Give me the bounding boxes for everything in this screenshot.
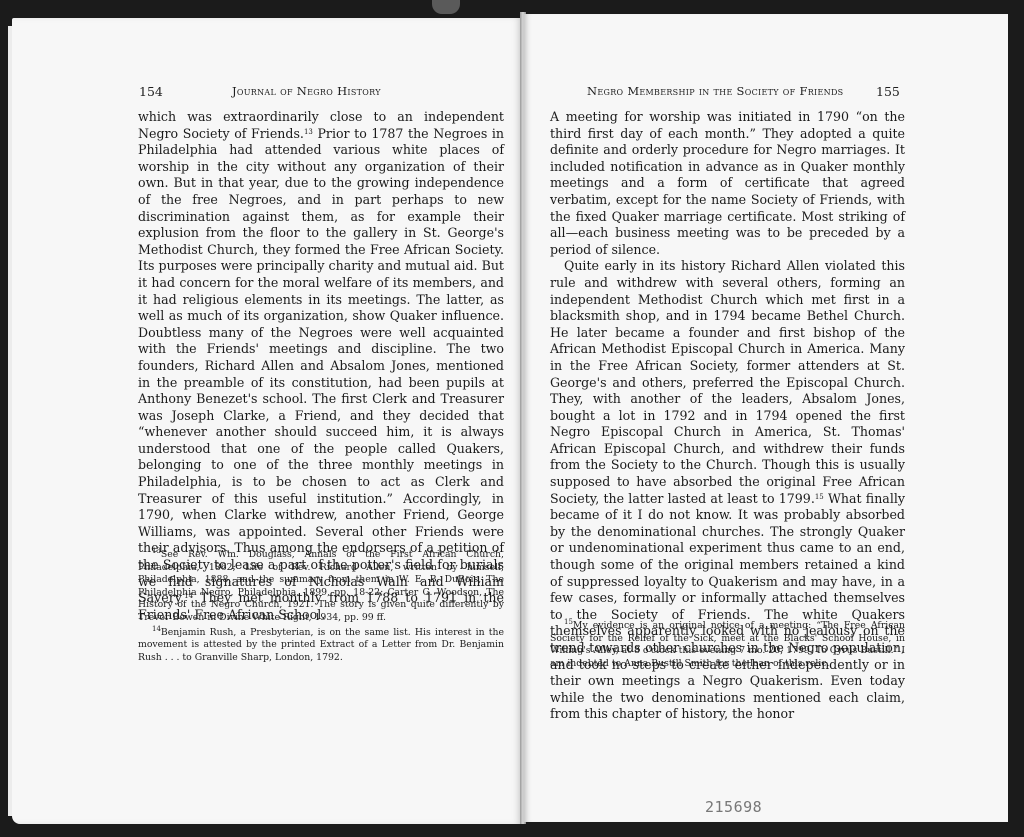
left-page-number: 154 — [139, 84, 163, 99]
footnote-ref-13[interactable]: 13 — [304, 128, 313, 136]
footnote-14: 14Benjamin Rush, a Presbyterian, is on t… — [138, 627, 504, 665]
right-page-number: 155 — [876, 84, 900, 99]
paragraph-text: Quite early in its history Richard Allen… — [550, 258, 905, 505]
footnote-13: 13See Rev. Wm. Douglass, Annals of the F… — [138, 549, 504, 625]
left-body-text: which was extraordinarily close to an in… — [138, 109, 504, 623]
footnote-ref-15[interactable]: 15 — [815, 493, 824, 501]
left-running-head: Journal of Negro History — [232, 84, 381, 98]
footnote-text: My evidence is an original notice of a m… — [550, 620, 905, 669]
right-paragraph-1: A meeting for worship was initiated in 1… — [550, 109, 905, 258]
footnote-number: 14 — [152, 625, 161, 633]
footnote-number: 13 — [152, 547, 161, 555]
archive-stamp-number: 215698 — [705, 798, 762, 816]
paragraph-text: What finally became of it I do not know.… — [550, 491, 905, 722]
paragraph-text: A meeting for worship was initiated in 1… — [550, 109, 905, 257]
footnote-text: See Rev. Wm. Douglass, Annals of the Fir… — [138, 549, 504, 623]
left-paragraph-1: which was extraordinarily close to an in… — [138, 109, 504, 623]
footnote-text: Benjamin Rush, a Presbyterian, is on the… — [138, 627, 504, 663]
scanner-clip-mark — [432, 0, 460, 14]
footnote-number: 15 — [564, 618, 573, 626]
paragraph-text: Prior to 1787 the Negroes in Philadelphi… — [138, 126, 504, 606]
right-footnotes: 15My evidence is an original notice of a… — [550, 620, 905, 672]
footnote-15: 15My evidence is an original notice of a… — [550, 620, 905, 670]
left-footnotes: 13See Rev. Wm. Douglass, Annals of the F… — [138, 549, 504, 666]
right-running-head: Negro Membership in the Society of Frien… — [587, 84, 843, 98]
